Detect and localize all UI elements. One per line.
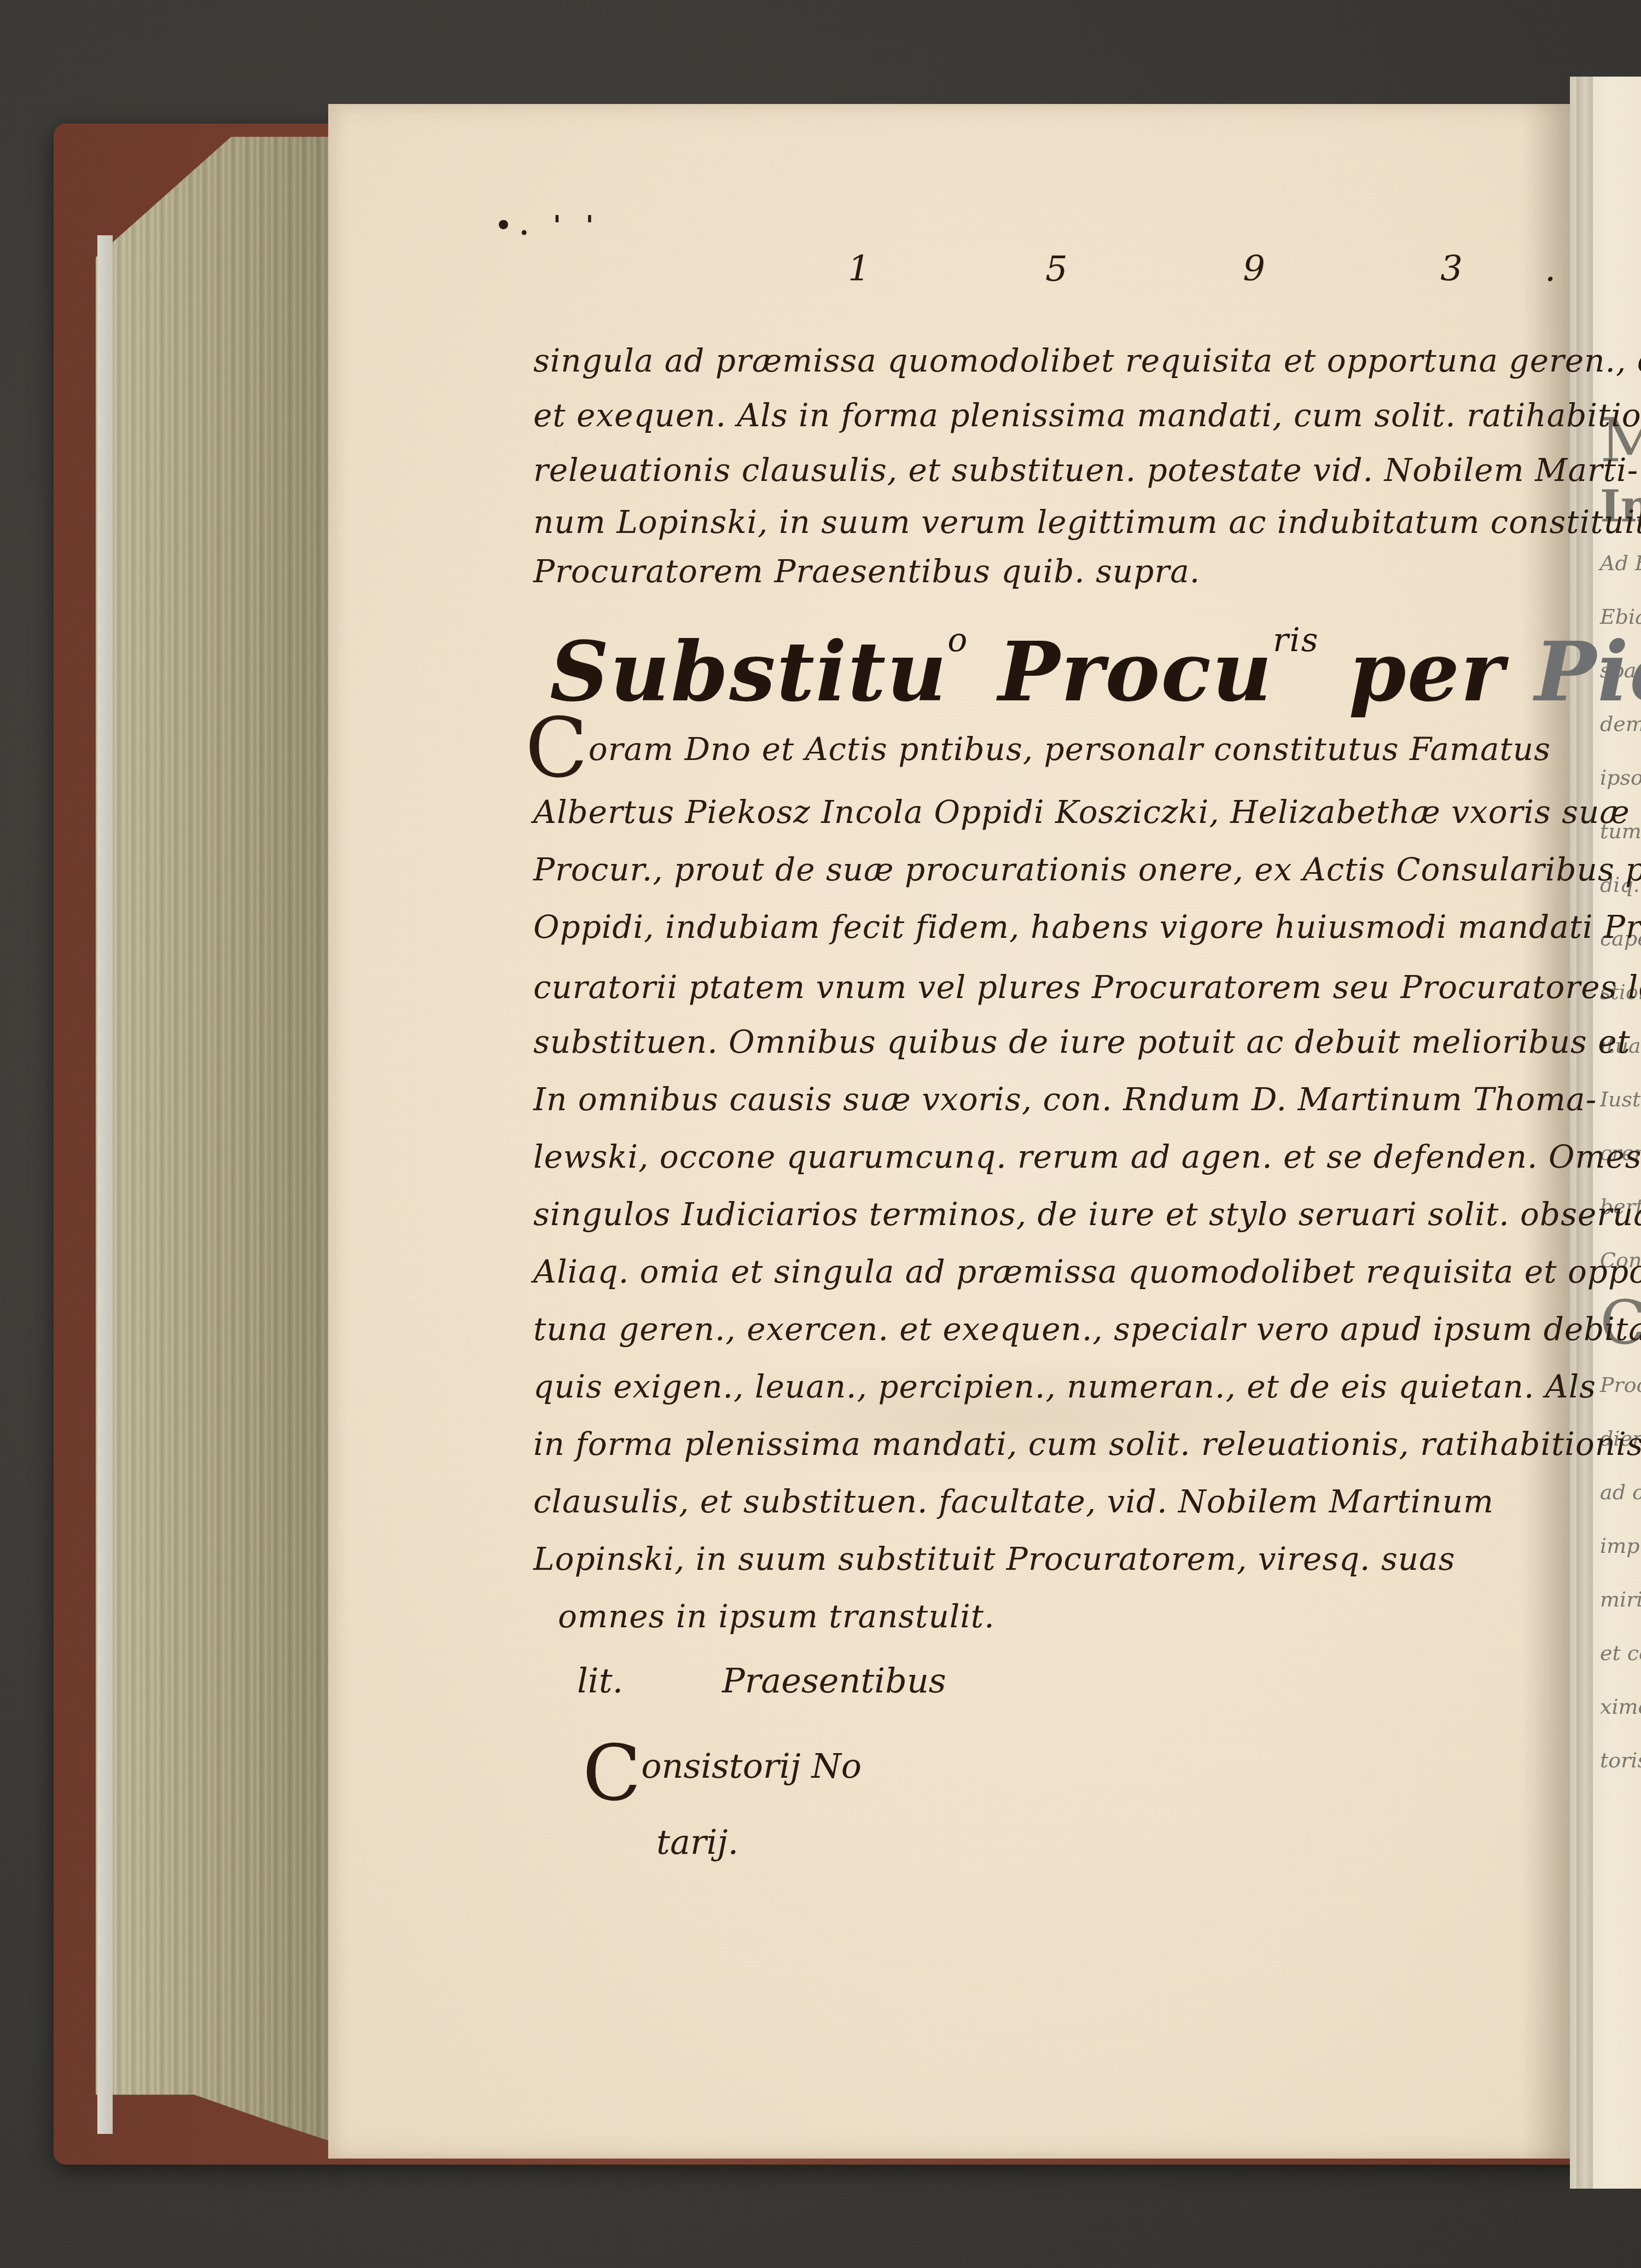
entry-line: lewski, occone quarumcunq. rerum ad agen… [533,1138,1641,1175]
heading-word: Procu [968,624,1272,720]
entry-line: Oppidi, indubiam fecit fidem, habens vig… [533,908,1641,946]
facing-line: Ad Ecc [1600,536,1641,590]
consistorii-initial: C [583,1729,641,1818]
continued-line: releuationis clausulis, et substituen. p… [533,451,1638,489]
entry-line: tuna geren., exercen. et exequen., speci… [533,1310,1641,1348]
entry-line: Lopinski, in suum substituit Procuratore… [533,1540,1455,1577]
heading-word: per [1319,624,1535,720]
continued-line: num Lopinski, in suum verum legittimum a… [533,503,1641,541]
facing-page-edge [1576,77,1593,2189]
entry-line: clausulis, et substituen. facultate, vid… [533,1483,1494,1520]
heading-word: Substitu [550,624,947,720]
entry-line: singulos Iudiciarios terminos, de iure e… [533,1196,1641,1233]
continued-line: Procuratorem Praesentibus quib. supra. [533,553,1200,590]
page-block-edges [96,137,342,2145]
closing-consistorii: Consistorij No [583,1729,862,1818]
entry-line: substituen. Omnibus quibus de iure potui… [533,1023,1631,1060]
facing-line: mirien [1600,1573,1641,1626]
continued-line: et exequen. Als in forma plenissima mand… [533,397,1641,434]
facing-page: M Inst Ad Ecc Ebiæ R sparum dem Ec ipso … [1570,77,1641,2189]
heading-abbrev: o [947,621,968,659]
facing-line: Iustito [1600,1072,1641,1126]
entry-line: quis exigen., leuan., percipien., numera… [533,1368,1596,1405]
continued-line: singula ad præmissa quomodolibet requisi… [533,342,1641,379]
flyleaf [97,235,113,2134]
facing-line: toris [1600,1733,1641,1787]
closing-lit: lit. [577,1661,623,1701]
entry-heading: Substituo Procuris per Piekosz [550,621,1641,720]
facing-line: et co [1600,1626,1641,1680]
heading-abbrev: ris [1273,621,1319,659]
entry-line: Procur., prout de suæ procurationis oner… [533,851,1641,888]
closing-notarii: tarij. [656,1822,738,1862]
entry-line: curatorii ptatem vnum vel plures Procura… [533,968,1641,1006]
facing-page-text: M Inst Ad Ecc Ebiæ R sparum dem Ec ipso … [1600,405,1641,1787]
ink-marks: •. ' ' [495,211,601,241]
entry-line: In omnibus causis suæ vxoris, con. Rndum… [533,1081,1597,1118]
entry-line: Albertus Piekosz Incola Oppidi Kosziczki… [533,793,1641,831]
facing-line: Procu [1600,1358,1641,1412]
entry-line: Aliaq. omia et singula ad præmissa quomo… [533,1253,1641,1290]
closing-praesentibus: Praesentibus [722,1661,946,1701]
facing-line: xime [1600,1680,1641,1733]
facing-line: ad osten [1600,1465,1641,1519]
entry-line: in forma plenissima mandati, cum solit. … [533,1425,1641,1463]
heading-faded-word: Piek [1534,624,1641,720]
entry-tail-line: omnes in ipsum transtulit. [558,1598,995,1635]
entry-line: Coram Dno et Actis pntibus, personalr co… [525,730,1551,768]
facing-line: impular [1600,1519,1641,1573]
page-year: 1 5 9 3. [848,249,1638,289]
decorated-initial: C [525,701,589,796]
